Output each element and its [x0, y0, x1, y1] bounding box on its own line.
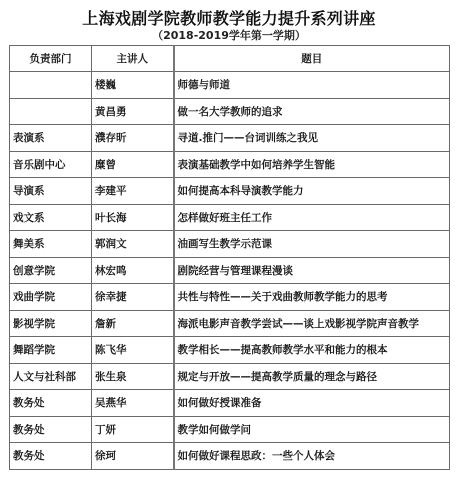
- cell-department: 戏曲学院: [10, 284, 92, 311]
- cell-speaker: 郭润文: [92, 231, 174, 258]
- cell-topic: 如何做好授课准备: [174, 390, 450, 417]
- cell-speaker: 楼巍: [92, 72, 174, 99]
- cell-topic: 表演基础教学中如何培养学生智能: [174, 151, 450, 178]
- cell-department: 影视学院: [10, 310, 92, 337]
- cell-topic: 师德与师道: [174, 72, 450, 99]
- cell-department: 创意学院: [10, 257, 92, 284]
- header-department: 负责部门: [10, 46, 92, 72]
- table-row: 导演系 李建平 如何提高本科导演教学能力: [10, 178, 450, 205]
- cell-speaker: 徐幸捷: [92, 284, 174, 311]
- cell-department: 表演系: [10, 125, 92, 152]
- cell-speaker: 陈飞华: [92, 337, 174, 364]
- table-header-row: 负责部门 主讲人 题目: [10, 46, 450, 72]
- cell-topic: 怎样做好班主任工作: [174, 204, 450, 231]
- table-row: 舞美系 郭润文 油画写生教学示范课: [10, 231, 450, 258]
- cell-topic: 教学相长——提高教师教学水平和能力的根本: [174, 337, 450, 364]
- cell-topic: 海派电影声音教学尝试——谈上戏影视学院声音教学: [174, 310, 450, 337]
- document-title: 上海戏剧学院教师教学能力提升系列讲座: [0, 9, 458, 29]
- table-row: 音乐剧中心 糜曾 表演基础教学中如何培养学生智能: [10, 151, 450, 178]
- table-row: 戏曲学院 徐幸捷 共性与特性——关于戏曲教师教学能力的思考: [10, 284, 450, 311]
- cell-speaker: 林宏鸣: [92, 257, 174, 284]
- cell-department: [10, 72, 92, 99]
- lecture-schedule-table: 负责部门 主讲人 题目 楼巍 师德与师道 黄昌勇 做一名大学教师的追求 表演系 …: [9, 45, 450, 470]
- cell-department: 舞美系: [10, 231, 92, 258]
- header-topic: 题目: [174, 46, 450, 72]
- cell-topic: 规定与开放——提高教学质量的理念与路径: [174, 363, 450, 390]
- cell-speaker: 丁妍: [92, 416, 174, 443]
- table-row: 创意学院 林宏鸣 剧院经营与管理课程漫谈: [10, 257, 450, 284]
- cell-speaker: 张生泉: [92, 363, 174, 390]
- table-row: 教务处 徐珂 如何做好课程思政：一些个人体会: [10, 443, 450, 470]
- document-subtitle: （2018-2019学年第一学期）: [0, 29, 458, 43]
- cell-department: 教务处: [10, 390, 92, 417]
- cell-department: 音乐剧中心: [10, 151, 92, 178]
- cell-speaker: 詹新: [92, 310, 174, 337]
- cell-topic: 如何做好课程思政：一些个人体会: [174, 443, 450, 470]
- cell-topic: 剧院经营与管理课程漫谈: [174, 257, 450, 284]
- cell-speaker: 叶长海: [92, 204, 174, 231]
- cell-speaker: 黄昌勇: [92, 98, 174, 125]
- cell-department: 戏文系: [10, 204, 92, 231]
- cell-department: 教务处: [10, 443, 92, 470]
- table-row: 楼巍 师德与师道: [10, 72, 450, 99]
- cell-topic: 寻道.推门——台词训练之我见: [174, 125, 450, 152]
- cell-department: [10, 98, 92, 125]
- table-row: 表演系 濮存昕 寻道.推门——台词训练之我见: [10, 125, 450, 152]
- cell-topic: 教学如何做学问: [174, 416, 450, 443]
- cell-department: 导演系: [10, 178, 92, 205]
- cell-topic: 如何提高本科导演教学能力: [174, 178, 450, 205]
- cell-speaker: 李建平: [92, 178, 174, 205]
- table-row: 戏文系 叶长海 怎样做好班主任工作: [10, 204, 450, 231]
- header-speaker: 主讲人: [92, 46, 174, 72]
- cell-speaker: 糜曾: [92, 151, 174, 178]
- table-row: 教务处 丁妍 教学如何做学问: [10, 416, 450, 443]
- cell-department: 人文与社科部: [10, 363, 92, 390]
- cell-topic: 共性与特性——关于戏曲教师教学能力的思考: [174, 284, 450, 311]
- cell-speaker: 濮存昕: [92, 125, 174, 152]
- cell-topic: 油画写生教学示范课: [174, 231, 450, 258]
- table-row: 舞蹈学院 陈飞华 教学相长——提高教师教学水平和能力的根本: [10, 337, 450, 364]
- cell-speaker: 吴燕华: [92, 390, 174, 417]
- cell-department: 教务处: [10, 416, 92, 443]
- table-row: 人文与社科部 张生泉 规定与开放——提高教学质量的理念与路径: [10, 363, 450, 390]
- cell-speaker: 徐珂: [92, 443, 174, 470]
- cell-department: 舞蹈学院: [10, 337, 92, 364]
- table-row: 黄昌勇 做一名大学教师的追求: [10, 98, 450, 125]
- cell-topic: 做一名大学教师的追求: [174, 98, 450, 125]
- table-row: 教务处 吴燕华 如何做好授课准备: [10, 390, 450, 417]
- table-row: 影视学院 詹新 海派电影声音教学尝试——谈上戏影视学院声音教学: [10, 310, 450, 337]
